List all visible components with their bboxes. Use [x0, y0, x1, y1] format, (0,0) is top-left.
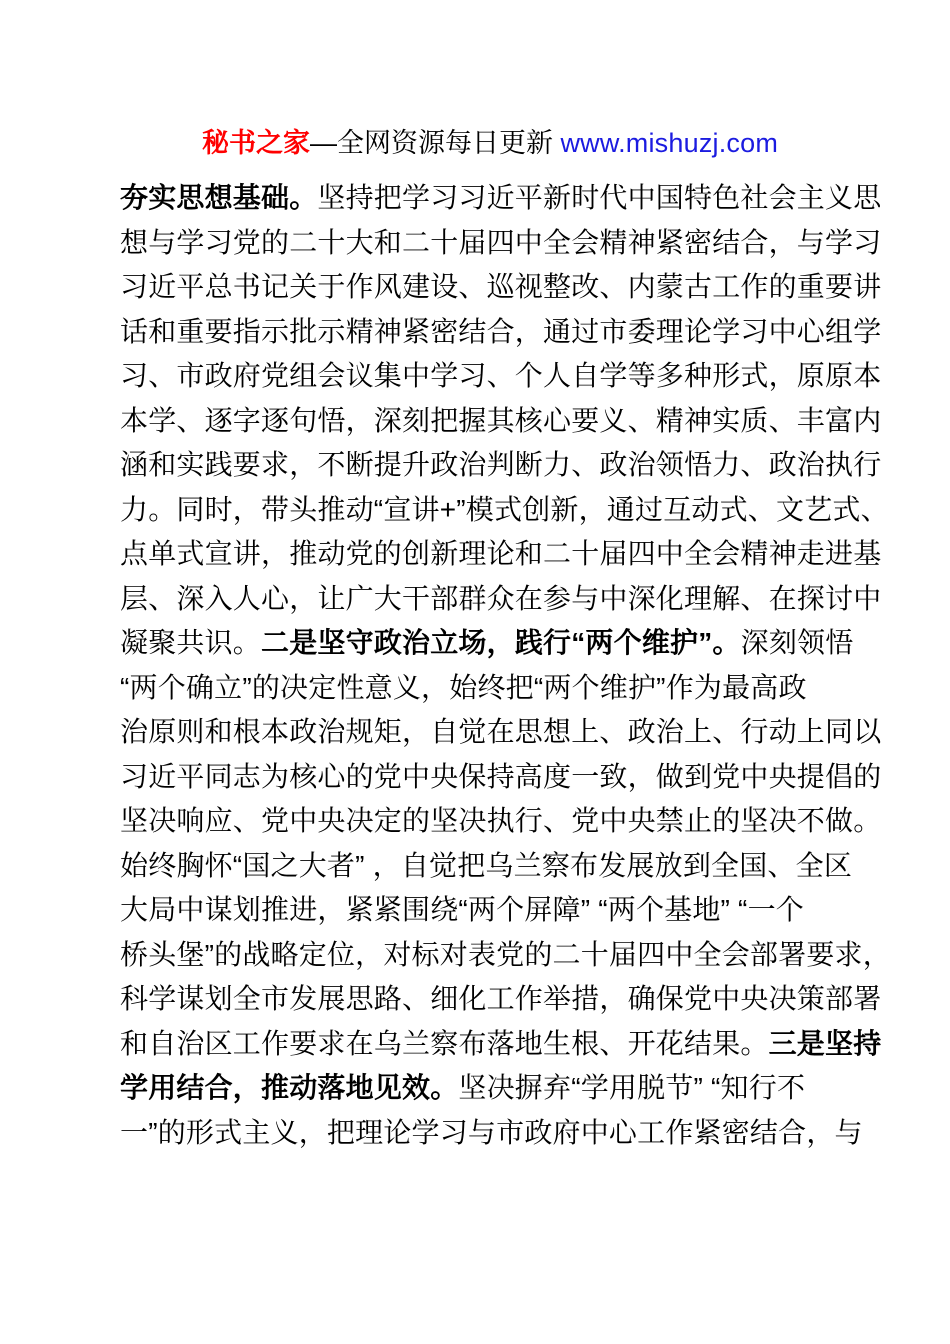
text-segment: 夯实思想基础。	[120, 182, 317, 213]
site-brand: 秘书之家	[202, 128, 310, 158]
text-segment: 深刻领悟	[741, 627, 854, 658]
text-line: 层、深入人心，让广大干部群众在参与中深化理解、在探讨中	[120, 577, 900, 622]
text-line: 习、市政府党组会议集中学习、个人自学等多种形式，原原本	[120, 354, 900, 399]
text-line: 夯实思想基础。坚持把学习习近平新时代中国特色社会主义思	[120, 176, 900, 221]
text-segment: 涵和实践要求，不断提升政治判断力、政治领悟力、政治执行	[120, 449, 881, 480]
text-line: 始终胸怀“国之大者” ，自觉把乌兰察布发展放到全国、全区	[120, 844, 900, 889]
text-line: 习近平同志为核心的党中央保持高度一致，做到党中央提倡的	[120, 755, 900, 800]
text-line: 想与学习党的二十大和二十届四中全会精神紧密结合，与学习	[120, 221, 900, 266]
document-body: 夯实思想基础。坚持把学习习近平新时代中国特色社会主义思想与学习党的二十大和二十届…	[120, 176, 900, 1155]
document-page: 秘书之家—全网资源每日更新 www.mishuzj.com 夯实思想基础。坚持把…	[0, 0, 950, 1344]
text-line: 坚决响应、党中央决定的坚决执行、党中央禁止的坚决不做。	[120, 799, 900, 844]
text-segment: 治原则和根本政治规矩，自觉在思想上、政治上、行动上同以	[120, 716, 881, 747]
text-segment: “两个确立”的决定性意义，始终把“两个维护”作为最高政	[120, 672, 807, 703]
text-line: 治原则和根本政治规矩，自觉在思想上、政治上、行动上同以	[120, 710, 900, 755]
text-line: 大局中谋划推进，紧紧围绕“两个屏障” “两个基地” “一个	[120, 888, 900, 933]
text-line: 科学谋划全市发展思路、细化工作举措，确保党中央决策部署	[120, 977, 900, 1022]
text-segment: 本学、逐字逐句悟，深刻把握其核心要义、精神实质、丰富内	[120, 405, 881, 436]
text-segment: 想与学习党的二十大和二十届四中全会精神紧密结合，与学习	[120, 227, 881, 258]
text-segment: 坚决摒弃“学用脱节” “知行不	[458, 1072, 805, 1103]
text-line: 一”的形式主义，把理论学习与市政府中心工作紧密结合，与	[120, 1111, 900, 1156]
text-segment: 力。同时，带头推动“宣讲+”模式创新，通过互动式、文艺式、	[120, 494, 889, 525]
text-line: 凝聚共识。二是坚守政治立场，践行“两个维护”。深刻领悟	[120, 621, 900, 666]
text-segment: 话和重要指示批示精神紧密结合，通过市委理论学习中心组学	[120, 316, 881, 347]
text-line: 力。同时，带头推动“宣讲+”模式创新，通过互动式、文艺式、	[120, 488, 900, 533]
text-segment: 三是坚持	[769, 1028, 882, 1059]
text-segment: 一”的形式主义，把理论学习与市政府中心工作紧密结合，与	[120, 1117, 863, 1148]
text-segment: 桥头堡”的战略定位，对标对表党的二十届四中全会部署要求，	[120, 939, 891, 970]
text-segment: 坚决响应、党中央决定的坚决执行、党中央禁止的坚决不做。	[120, 805, 881, 836]
text-segment: 学用结合，推动落地见效。	[120, 1072, 458, 1103]
text-segment: 坚持把学习习近平新时代中国特色社会主义思	[317, 182, 881, 213]
text-segment: 二是坚守政治立场，践行“两个维护”。	[261, 627, 741, 658]
text-line: 习近平总书记关于作风建设、巡视整改、内蒙古工作的重要讲	[120, 265, 900, 310]
text-segment: 层、深入人心，让广大干部群众在参与中深化理解、在探讨中	[120, 583, 881, 614]
text-line: “两个确立”的决定性意义，始终把“两个维护”作为最高政	[120, 666, 900, 711]
text-line: 学用结合，推动落地见效。坚决摒弃“学用脱节” “知行不	[120, 1066, 900, 1111]
text-line: 涵和实践要求，不断提升政治判断力、政治领悟力、政治执行	[120, 443, 900, 488]
text-segment: 科学谋划全市发展思路、细化工作举措，确保党中央决策部署	[120, 983, 881, 1014]
text-line: 点单式宣讲，推动党的创新理论和二十届四中全会精神走进基	[120, 532, 900, 577]
text-segment: 凝聚共识。	[120, 627, 261, 658]
text-segment: 习近平总书记关于作风建设、巡视整改、内蒙古工作的重要讲	[120, 271, 881, 302]
text-segment: 习近平同志为核心的党中央保持高度一致，做到党中央提倡的	[120, 761, 881, 792]
text-segment: 点单式宣讲，推动党的创新理论和二十届四中全会精神走进基	[120, 538, 881, 569]
text-line: 桥头堡”的战略定位，对标对表党的二十届四中全会部署要求，	[120, 933, 900, 978]
text-line: 和自治区工作要求在乌兰察布落地生根、开花结果。三是坚持	[120, 1022, 900, 1067]
text-segment: 习、市政府党组会议集中学习、个人自学等多种形式，原原本	[120, 360, 881, 391]
text-segment: 大局中谋划推进，紧紧围绕“两个屏障” “两个基地” “一个	[120, 894, 804, 925]
text-segment: 始终胸怀“国之大者” ，自觉把乌兰察布发展放到全国、全区	[120, 850, 852, 881]
site-tagline: —全网资源每日更新	[310, 128, 561, 158]
text-segment: 和自治区工作要求在乌兰察布落地生根、开花结果。	[120, 1028, 769, 1059]
text-line: 本学、逐字逐句悟，深刻把握其核心要义、精神实质、丰富内	[120, 399, 900, 444]
site-url-link[interactable]: www.mishuzj.com	[560, 128, 778, 158]
text-line: 话和重要指示批示精神紧密结合，通过市委理论学习中心组学	[120, 310, 900, 355]
